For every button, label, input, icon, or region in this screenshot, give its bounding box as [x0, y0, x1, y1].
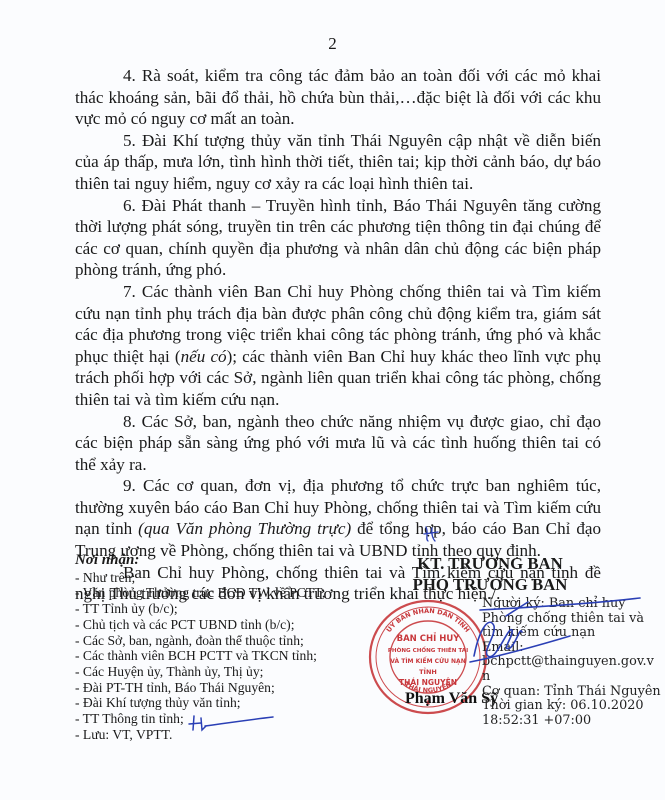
svg-text:VÀ TÌM KIẾM CỨU NẠN: VÀ TÌM KIẾM CỨU NẠN	[390, 657, 465, 665]
signature-info-line: Thời gian ký: 06.10.2020	[482, 699, 662, 714]
recipient-item: - Các thành viên BCH PCTT và TKCN tỉnh;	[75, 648, 365, 664]
digital-signature-info: Người ký: Ban chỉ huyPhòng chống thiên t…	[482, 597, 662, 728]
paragraph-7: 7. Các thành viên Ban Chỉ huy Phòng chốn…	[75, 281, 601, 411]
recipient-item: - Như trên;	[75, 570, 365, 586]
paragraph-6: 6. Đài Phát thanh – Truyền hình tỉnh, Bá…	[75, 195, 601, 281]
recipient-item: - Đài PT-TH tỉnh, Báo Thái Nguyên;	[75, 680, 365, 696]
recipient-item: - TT Thông tin tỉnh;	[75, 711, 365, 727]
recipients-block: Nơi nhận: - Như trên;- Văn phòng Thường …	[75, 553, 365, 742]
signature-info-line: Người ký: Ban chỉ huy	[482, 597, 662, 612]
svg-text:TỈNH: TỈNH	[419, 666, 437, 676]
recipients-list: - Như trên;- Văn phòng Thường trực BCĐ T…	[75, 570, 365, 743]
signature-info-line: Cơ quan: Tỉnh Thái Nguyên	[482, 685, 662, 700]
signature-title-line1: KT. TRƯỞNG BAN	[360, 553, 620, 574]
signature-info-line: tìm kiếm cứu nạn	[482, 626, 662, 641]
recipient-item: - Các Huyện ủy, Thành ủy, Thị ủy;	[75, 664, 365, 680]
paragraph-5: 5. Đài Khí tượng thủy văn tỉnh Thái Nguy…	[75, 130, 601, 195]
svg-text:BAN CHỈ HUY: BAN CHỈ HUY	[397, 632, 461, 644]
signature-title-line2: PHÓ TRƯỞNG BAN	[360, 574, 620, 595]
recipient-item: - Lưu: VT, VPTT.	[75, 727, 365, 743]
recipient-item: - Chủ tịch và các PCT UBND tỉnh (b/c);	[75, 617, 365, 633]
paragraph-8: 8. Các Sở, ban, ngành theo chức năng nhi…	[75, 411, 601, 476]
signature-info-line: bchpctt@thainguyen.gov.v	[482, 655, 662, 670]
svg-text:THÁI NGUYÊN: THÁI NGUYÊN	[399, 678, 457, 687]
document-body: 4. Rà soát, kiểm tra công tác đảm bảo an…	[75, 65, 601, 605]
signature-info-line: Email:	[482, 641, 662, 656]
signature-info-line: Phòng chống thiên tai và	[482, 612, 662, 627]
recipient-item: - Văn phòng Thường trực BCĐ TW về PCTT;	[75, 585, 365, 601]
signature-info-line: n	[482, 670, 662, 685]
paragraph-9: 9. Các cơ quan, đơn vị, địa phương tổ ch…	[75, 475, 601, 561]
recipients-title: Nơi nhận:	[75, 553, 365, 569]
signature-info-line: 18:52:31 +07:00	[482, 714, 662, 729]
paragraph-4: 4. Rà soát, kiểm tra công tác đảm bảo an…	[75, 65, 601, 130]
page-number: 2	[0, 34, 665, 54]
recipient-item: - TT Tỉnh ủy (b/c);	[75, 601, 365, 617]
recipient-item: - Đài Khí tượng thủy văn tỉnh;	[75, 695, 365, 711]
svg-text:PHÒNG CHỐNG THIÊN TAI: PHÒNG CHỐNG THIÊN TAI	[388, 646, 468, 654]
signature-title: KT. TRƯỞNG BAN PHÓ TRƯỞNG BAN	[360, 553, 620, 595]
recipient-item: - Các Sở, ban, ngành, đoàn thể thuộc tỉn…	[75, 633, 365, 649]
